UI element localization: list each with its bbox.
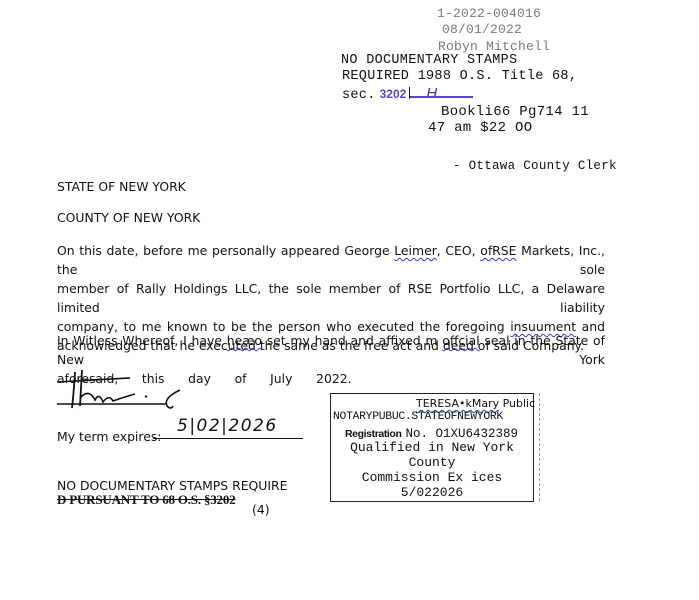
handwritten-underline xyxy=(410,96,473,98)
notary-seal: TERESA•kMary Public NOTARYPUBUC.STATEOFN… xyxy=(330,393,534,502)
para2-line1: In Witless Whereof, I have heæo set my h… xyxy=(57,331,605,369)
handwritten-section: 3202 xyxy=(380,87,407,101)
time-fee-line: 47 am $22 OO xyxy=(428,120,532,136)
county-clerk: - Ottawa County Clerk xyxy=(453,159,617,173)
notary-state-line: NOTARYPUBUC.STATEOFNEWYORK xyxy=(333,411,503,423)
stamp-line-2: REQUIRED 1988 O.S. Title 68, xyxy=(342,69,577,84)
notary-name-line: TERESA•kMary Public xyxy=(416,397,535,410)
handwritten-mark: H xyxy=(426,85,437,102)
stamp-sec-prefix: sec. xyxy=(342,88,376,103)
county-line: County xyxy=(331,455,533,470)
commission-line: Commission Ex ices xyxy=(331,470,533,485)
misspelled-word: ofRSE xyxy=(480,243,516,258)
registration-number: No. O1XU6432389 xyxy=(405,427,518,441)
term-expires-label: My term expires: xyxy=(57,427,161,446)
term-expires-handwritten: 5|02|2026 xyxy=(177,416,278,436)
instrument-number: 1-2022-004016 xyxy=(437,6,541,21)
county-heading: COUNTY OF NEW YORK xyxy=(57,208,200,227)
seal-border-dashed xyxy=(539,393,540,501)
stamp-line-1: NO DOCUMENTARY STAMPS xyxy=(341,53,517,68)
recording-date: 08/01/2022 xyxy=(442,22,522,37)
registration-label: Registration xyxy=(345,428,401,440)
term-expires-line xyxy=(153,438,303,439)
misspelled-word: heæo xyxy=(227,333,262,348)
misspelled-word: Leimer xyxy=(394,243,437,258)
commission-date: 5/022026 xyxy=(331,485,533,500)
notary-signature xyxy=(55,368,185,414)
state-heading: STATE OF NEW YORK xyxy=(57,177,186,196)
stamp-line-3: sec. 3202 H xyxy=(342,85,437,103)
misspelled-word: offcial xyxy=(442,333,479,348)
footer-pursuant-line: D PURSUANT TO 68 O.S. §3202 xyxy=(57,492,235,508)
footnote-marker: (4) xyxy=(252,500,270,519)
book-page-line: Bookli66 Pg714 11 xyxy=(441,104,589,120)
para1-line1: On this date, before me personally appea… xyxy=(57,241,605,279)
para1-line2: member of Rally Holdings LLC, the sole m… xyxy=(57,279,605,317)
qualified-line: Qualified in New York xyxy=(331,440,533,455)
misspelled-word: TERESA•kMary xyxy=(416,397,499,410)
recorder-name: Robyn Mitchell xyxy=(438,39,550,54)
